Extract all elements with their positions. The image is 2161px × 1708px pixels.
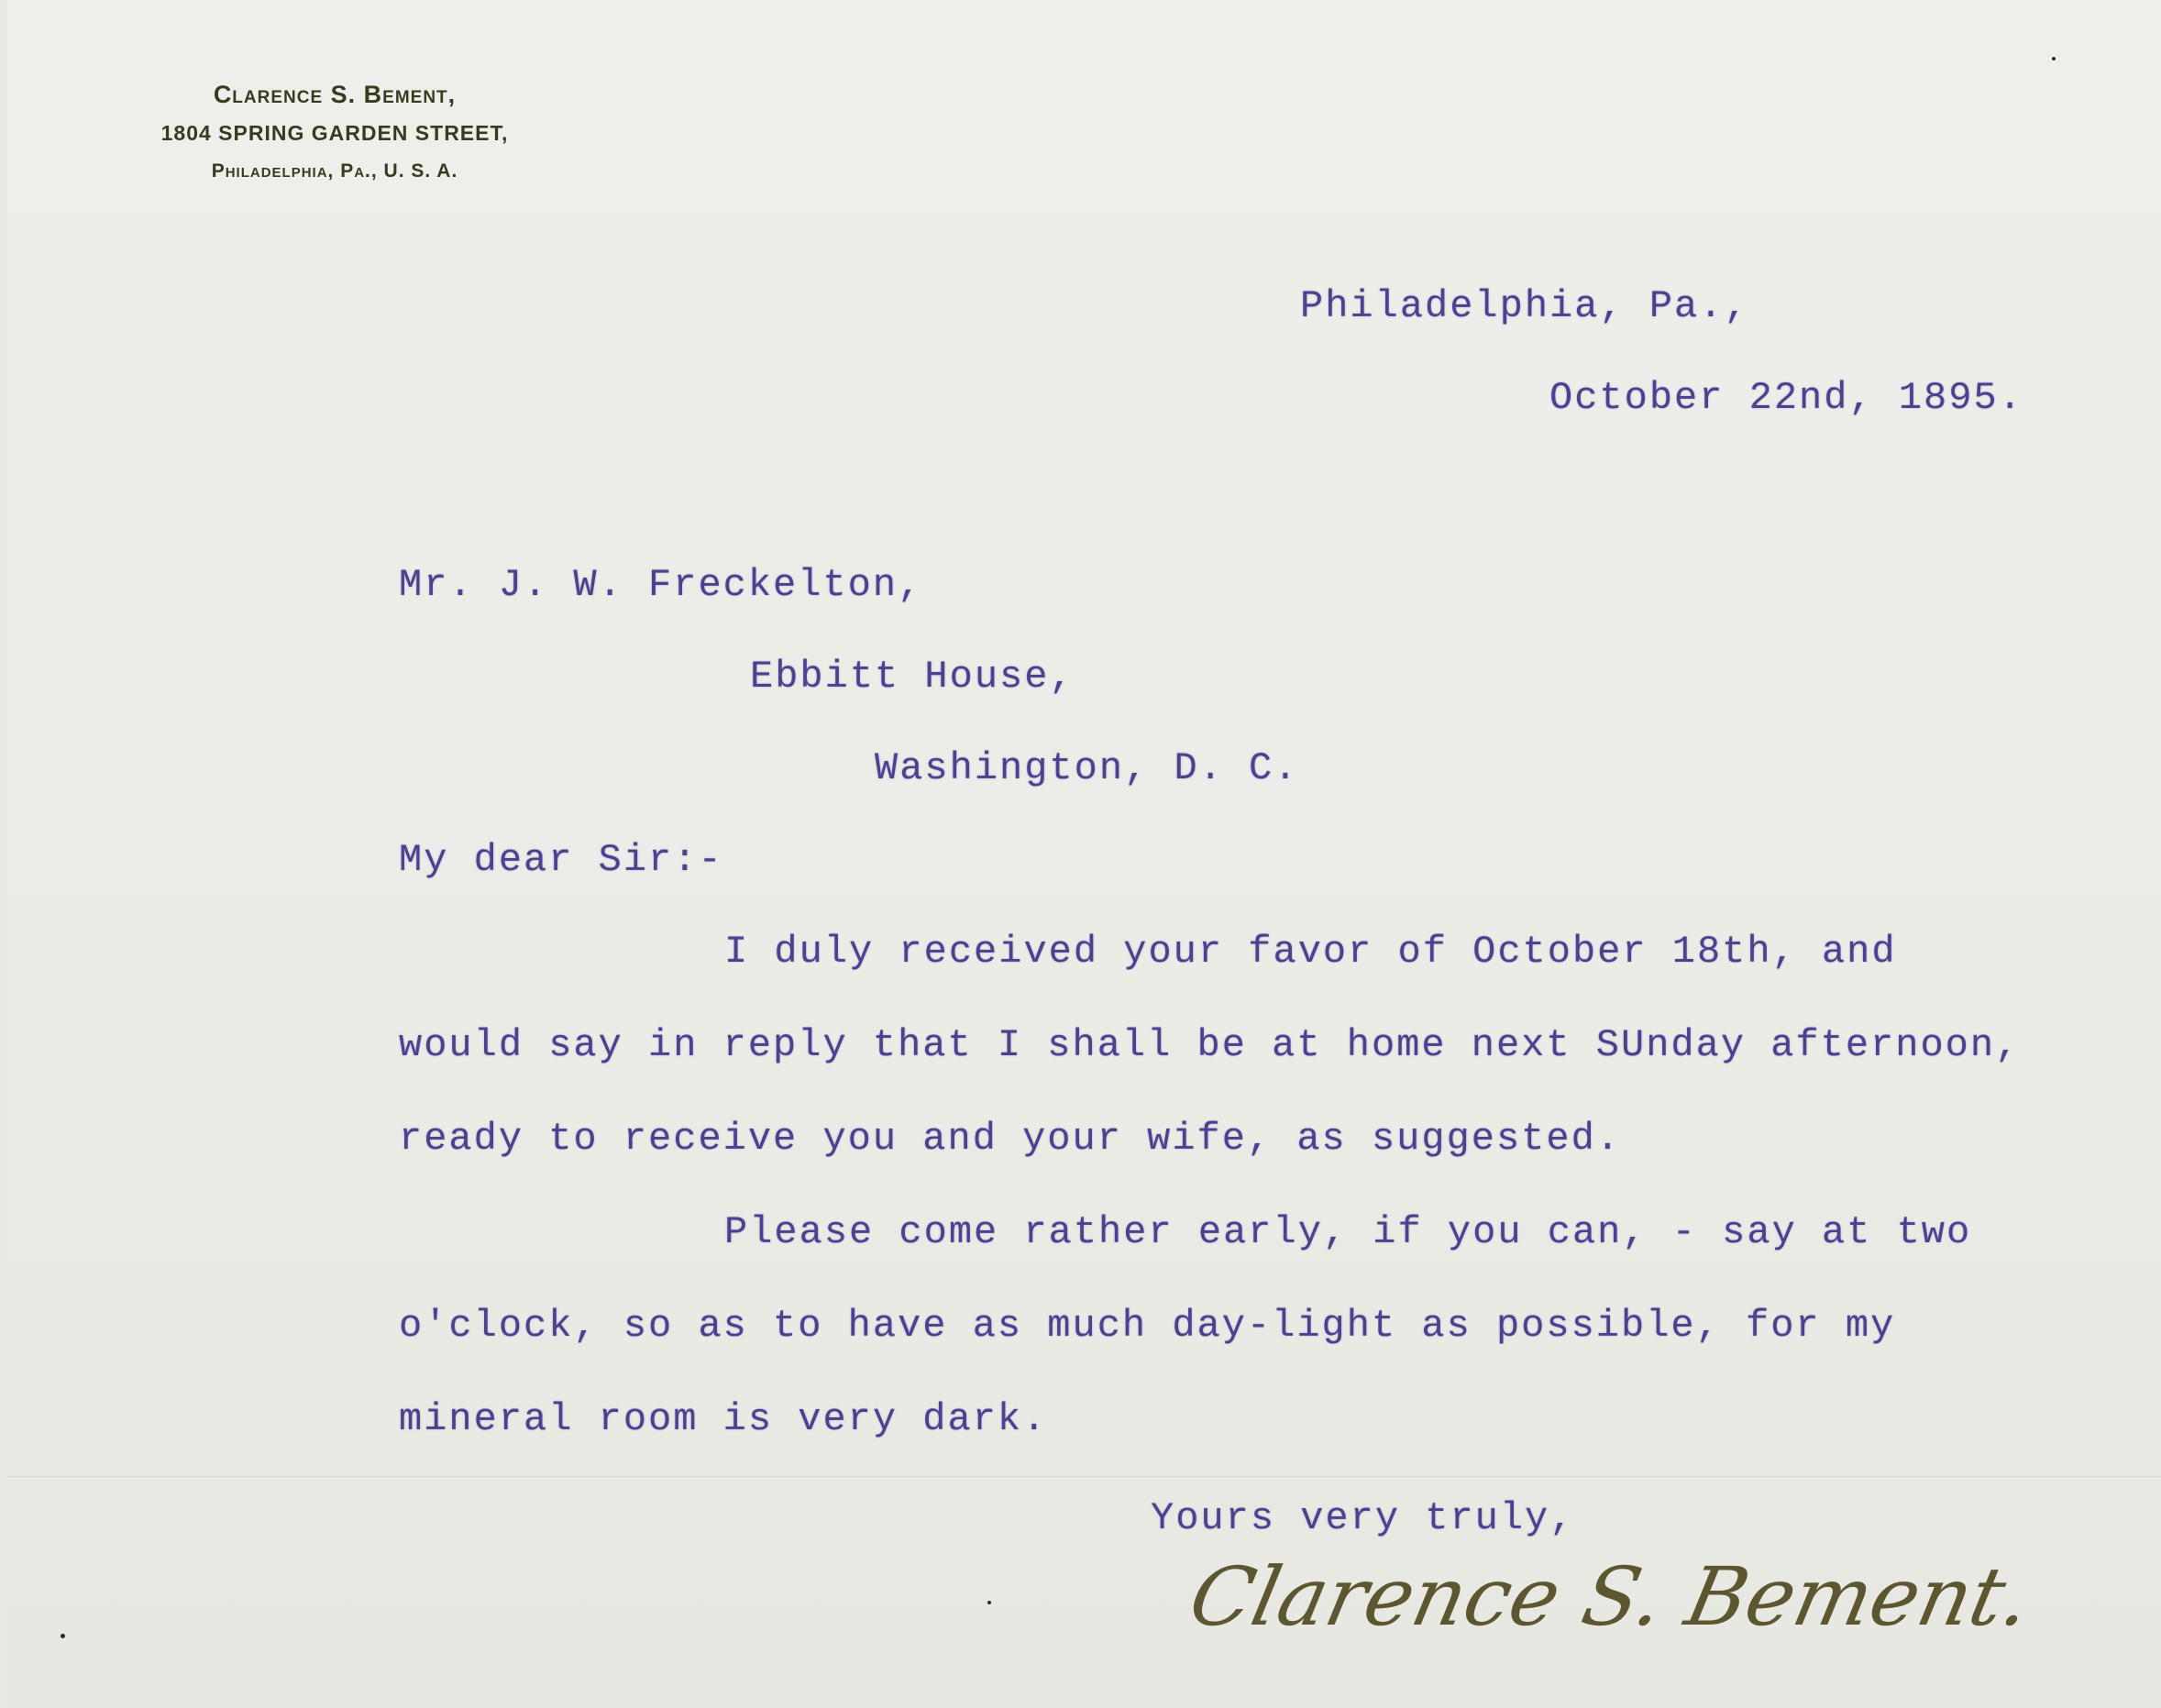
salutation: My dear Sir:- bbox=[399, 838, 723, 882]
paper-speck bbox=[987, 1601, 991, 1604]
closing: Yours very truly, bbox=[1151, 1496, 1574, 1540]
body-line-1: I duly received your favor of October 18… bbox=[724, 930, 1897, 974]
recipient-city: Washington, D. C. bbox=[875, 746, 1298, 790]
dateline-date: October 22nd, 1895. bbox=[1549, 376, 2023, 420]
body-line-6: mineral room is very dark. bbox=[399, 1397, 1047, 1441]
recipient-name: Mr. J. W. Freckelton, bbox=[399, 563, 922, 607]
fold-crease bbox=[7, 1476, 2161, 1479]
paper-speck bbox=[2052, 57, 2056, 61]
handwritten-signature: Clarence S. Bement. bbox=[1182, 1549, 2039, 1644]
body-line-5: o'clock, so as to have as much day-light… bbox=[399, 1304, 1895, 1348]
letterhead-street: 1804 SPRING GARDEN STREET, bbox=[138, 114, 532, 152]
recipient-hotel: Ebbitt House, bbox=[750, 655, 1075, 699]
body-line-4: Please come rather early, if you can, - … bbox=[724, 1210, 1971, 1254]
letterhead-city: Philadelphia, Pa., U. S. A. bbox=[138, 152, 532, 191]
body-line-3: ready to receive you and your wife, as s… bbox=[399, 1117, 1621, 1161]
body-line-2: would say in reply that I shall be at ho… bbox=[399, 1023, 2020, 1067]
paper-speck bbox=[61, 1634, 65, 1638]
dateline-place: Philadelphia, Pa., bbox=[1300, 284, 1749, 328]
letterhead-name: Clarence S. Bement, bbox=[138, 75, 532, 114]
letter-paper bbox=[7, 0, 2161, 1708]
letterhead: Clarence S. Bement, 1804 SPRING GARDEN S… bbox=[138, 75, 532, 191]
